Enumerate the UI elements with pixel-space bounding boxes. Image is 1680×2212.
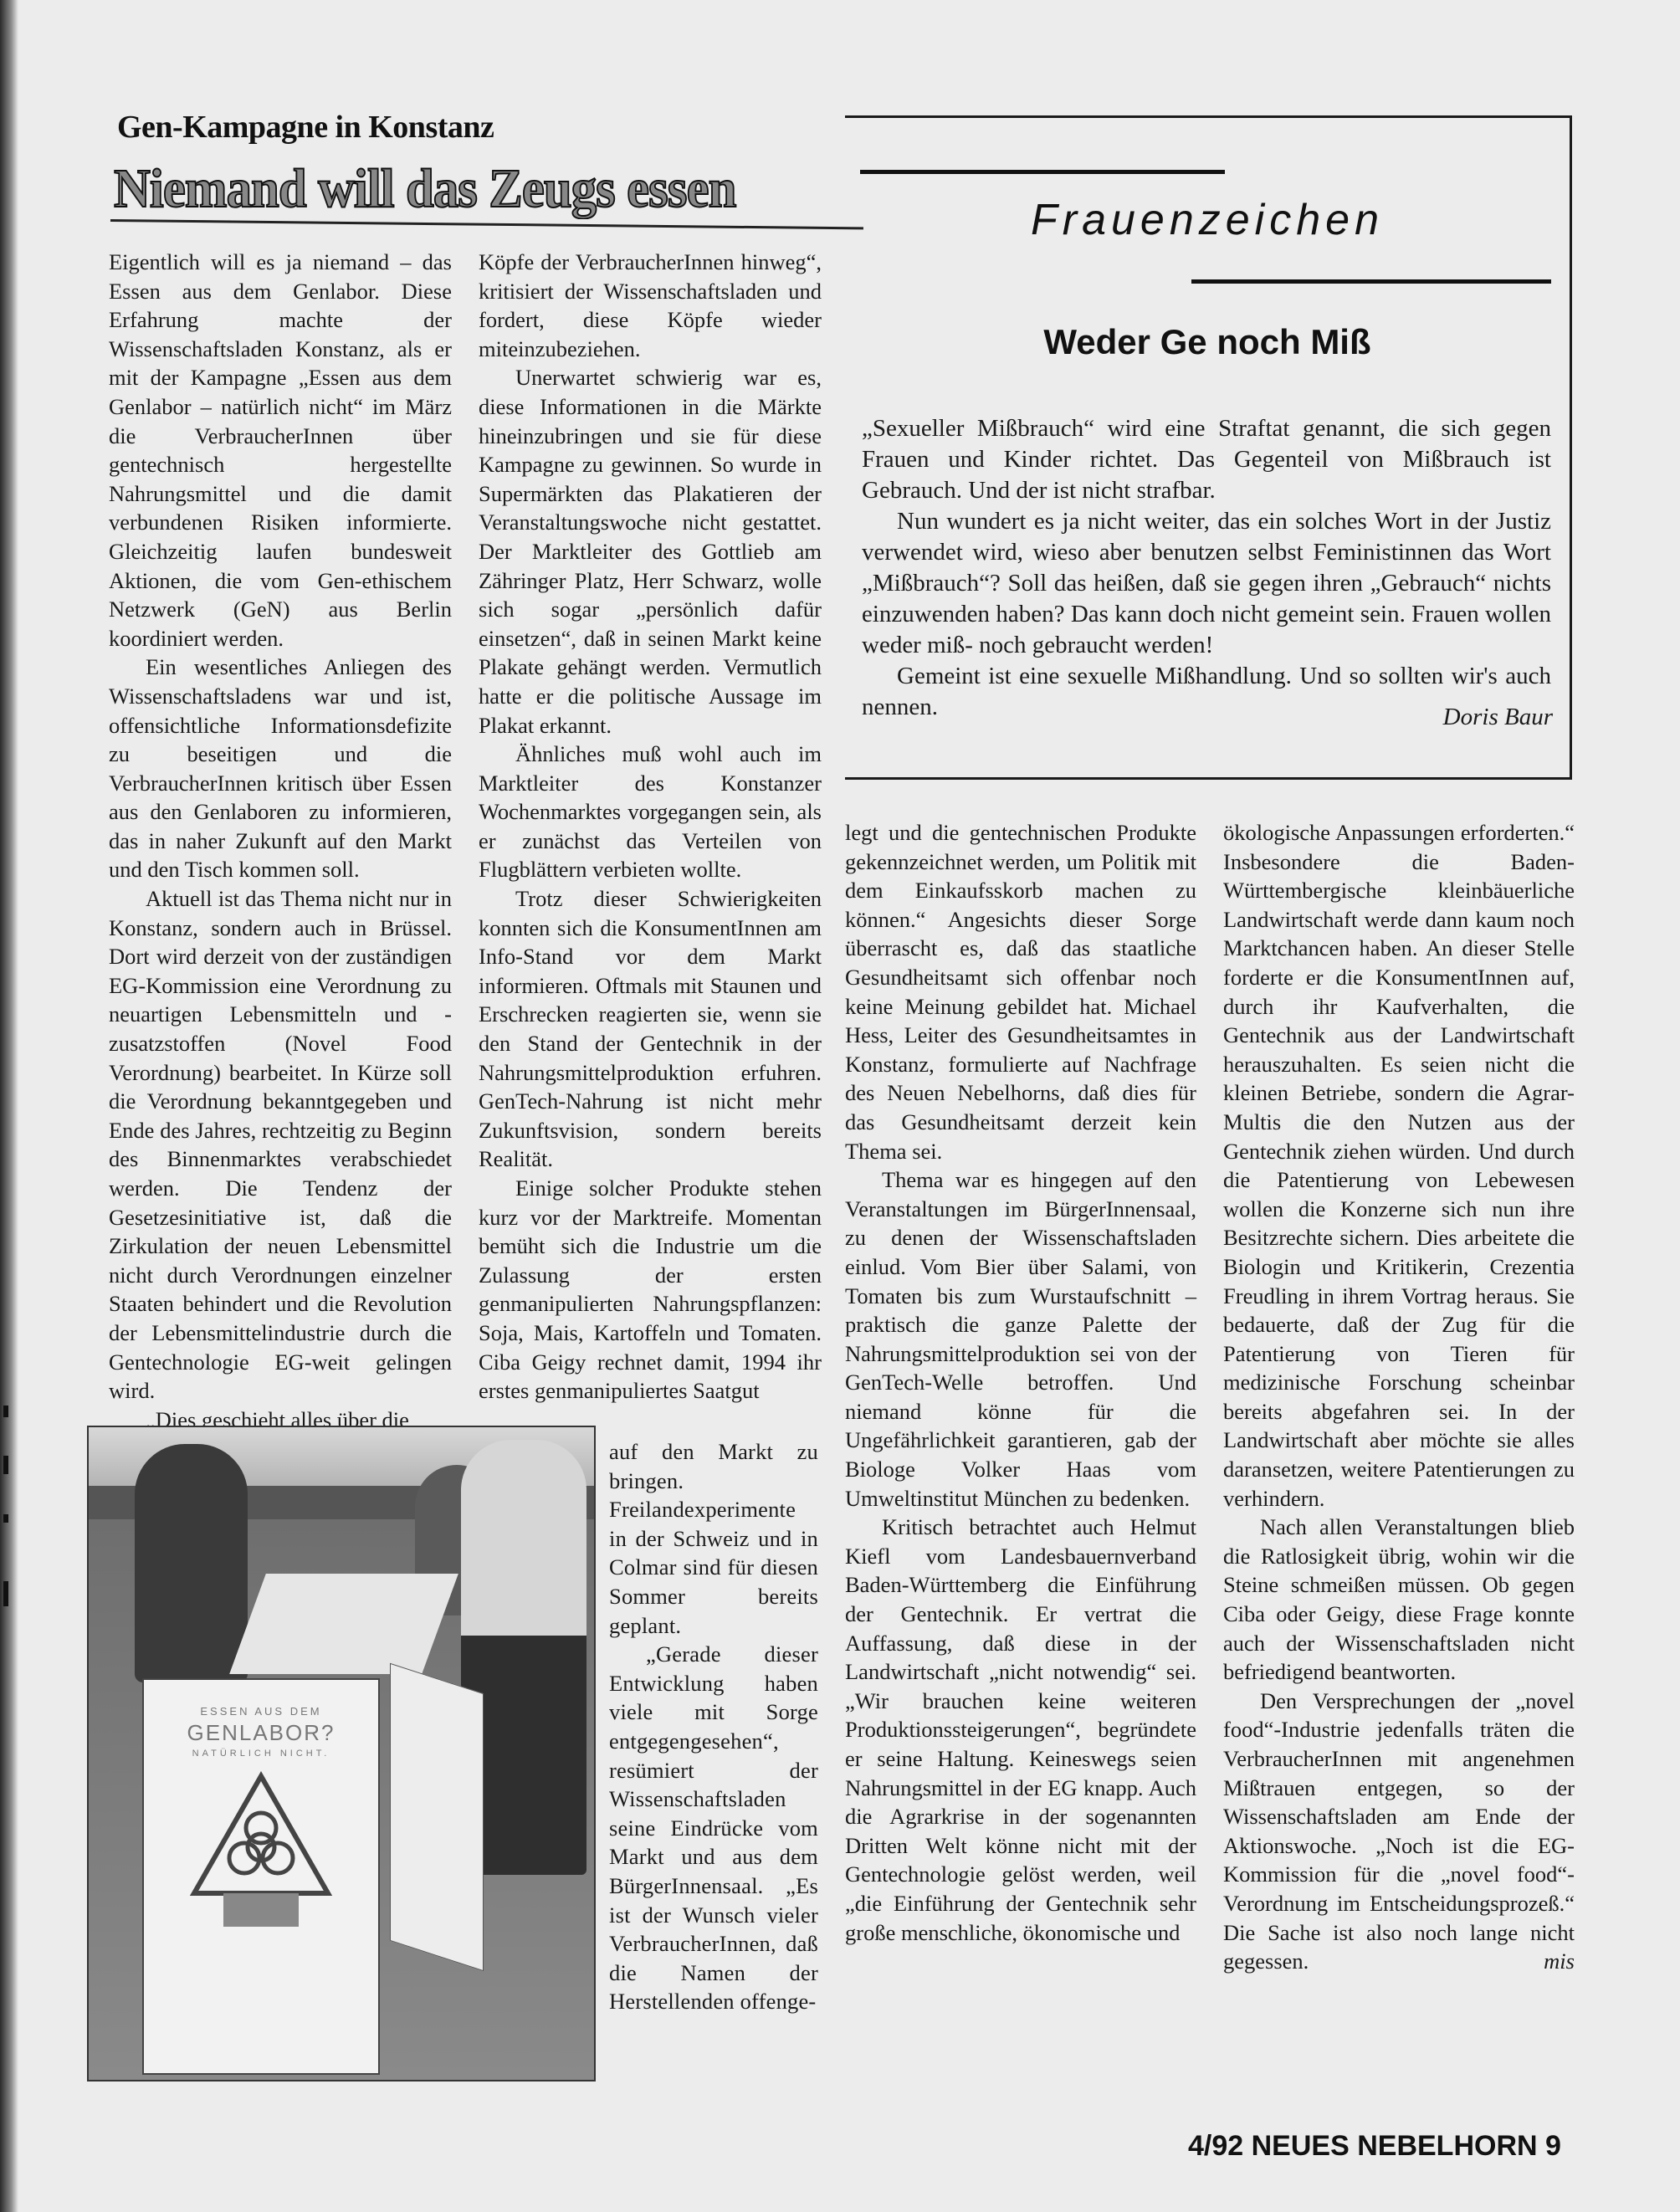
article-column-2: Köpfe der VerbraucherInnen hinweg“, krit…	[479, 248, 822, 1406]
info-stand-photo: ESSEN AUS DEM GENLABOR? NATÜRLICH NICHT.	[87, 1426, 596, 2081]
paragraph: Kritisch betrachtet auch Helmut Kiefl vo…	[845, 1513, 1196, 1947]
paragraph: Aktuell ist das Thema nicht nur in Konst…	[109, 884, 452, 1406]
article-column-4: ökologische Anpassungen erforderten.“ In…	[1223, 818, 1575, 1976]
paragraph: Einige solcher Produkte stehen kurz vor …	[479, 1174, 822, 1406]
edge-marks	[3, 1406, 10, 1623]
paragraph: legt und die gentechnischen Produkte gek…	[845, 818, 1196, 1165]
paragraph: Thema war es hingegen auf den Veranstalt…	[845, 1165, 1196, 1513]
photo-info-table	[229, 1574, 458, 1674]
photo-banner	[390, 1663, 484, 1971]
box-headline: Weder Ge noch Miß	[845, 322, 1570, 362]
decorative-rule-bottom	[1191, 279, 1551, 284]
paragraph: Den Versprechungen der „novel food“-Indu…	[1223, 1687, 1575, 1976]
photo-poster: ESSEN AUS DEM GENLABOR? NATÜRLICH NICHT.	[142, 1678, 380, 2075]
paragraph-text: Den Versprechungen der „novel food“-Indu…	[1223, 1688, 1575, 1974]
poster-text-1: ESSEN AUS DEM	[161, 1705, 361, 1718]
article-headline: Niemand will das Zeugs essen	[114, 157, 735, 221]
paragraph: Ein wesentliches Anliegen des Wissenscha…	[109, 653, 452, 884]
paragraph: Eigentlich will es ja niemand – das Esse…	[109, 248, 452, 653]
article-kicker: Gen-Kampagne in Konstanz	[117, 109, 494, 146]
article-signature: mis	[1507, 1947, 1575, 1976]
paragraph: auf den Markt zu bringen. Freilandexperi…	[609, 1437, 818, 1640]
page-footer: 4/92 NEUES NEBELHORN 9	[1188, 2130, 1561, 2163]
article-column-2-continued: auf den Markt zu bringen. Freilandexperi…	[609, 1437, 818, 2016]
paragraph: Nach allen Veranstaltungen blieb die Rat…	[1223, 1513, 1575, 1687]
paragraph: „Gerade dieser Entwicklung haben viele m…	[609, 1640, 818, 2016]
box-body: „Sexueller Mißbrauch“ wird eine Straftat…	[862, 413, 1551, 723]
box-author: Doris Baur	[1443, 704, 1553, 731]
paragraph: Trotz dieser Schwierigkeiten konnten sic…	[479, 884, 822, 1174]
poster-text-3: NATÜRLICH NICHT.	[161, 1749, 361, 1759]
photo-person-left	[135, 1444, 248, 1682]
page-edge-shadow	[0, 0, 18, 2212]
decorative-rule-top	[860, 170, 1225, 174]
poster-text-2: GENLABOR?	[161, 1720, 361, 1746]
paragraph: Unerwartet schwierig war es, diese Infor…	[479, 363, 822, 740]
biohazard-icon	[190, 1768, 332, 1935]
article-column-1: Eigentlich will es ja niemand – das Esse…	[109, 248, 452, 1434]
article-column-3: legt und die gentechnischen Produkte gek…	[845, 818, 1196, 1947]
column-title: Frauenzeichen	[845, 195, 1570, 245]
frauenzeichen-column-box: Frauenzeichen Weder Ge noch Miß „Sexuell…	[845, 115, 1572, 780]
paragraph: Ähnliches muß wohl auch im Marktleiter d…	[479, 740, 822, 884]
paragraph: „Sexueller Mißbrauch“ wird eine Straftat…	[862, 413, 1551, 506]
paragraph: ökologische Anpassungen erforderten.“ In…	[1223, 818, 1575, 1513]
paragraph: Köpfe der VerbraucherInnen hinweg“, krit…	[479, 248, 822, 363]
paragraph: Nun wundert es ja nicht weiter, das ein …	[862, 506, 1551, 661]
